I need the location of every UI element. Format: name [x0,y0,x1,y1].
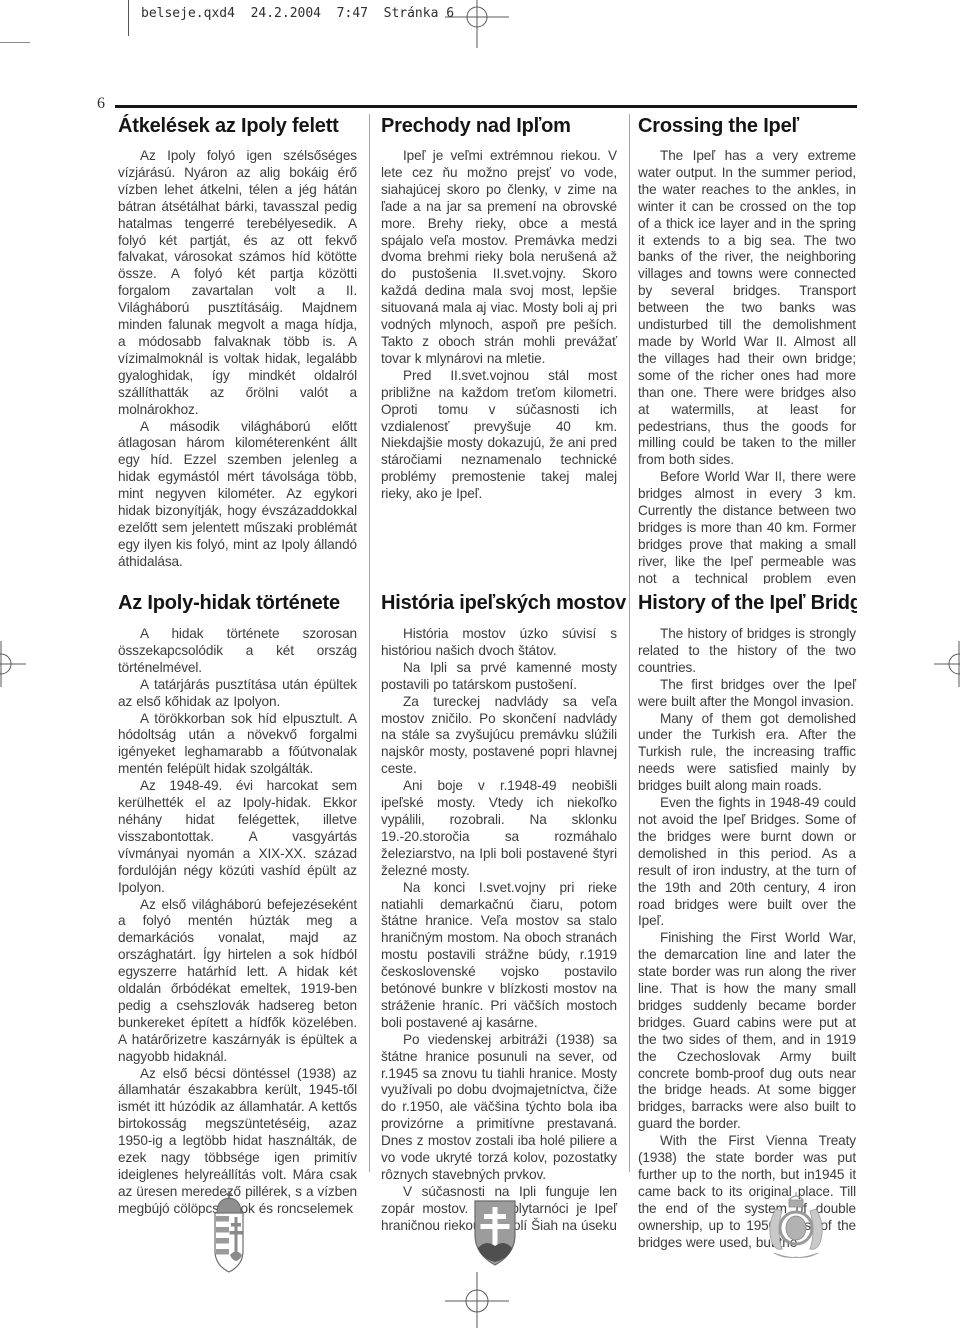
section1-heading-hungarian: Átkelések az Ipoly felett [115,112,369,148]
registration-mark-bottom-icon [445,1272,509,1328]
content-grid: Átkelések az Ipoly felett Prechody nad I… [115,112,857,1252]
section2-heading-hungarian: Az Ipoly-hidak története [115,584,369,626]
paragraph: Po viedenskej arbitráži (1938) sa štátne… [381,1032,617,1184]
section1-heading-english: Crossing the Ipeľ [629,112,857,148]
paragraph: Na konci I.svet.vojny pri rieke natiahli… [381,880,617,1032]
paragraph: Za tureckej nadvlády sa veľa mostov znič… [381,694,617,779]
paragraph: A második világháború előtt átlagosan há… [118,419,357,571]
section1-column-english: The Ipeľ has a very extreme water output… [629,148,857,584]
paragraph: Az Ipoly folyó igen szélsőséges vízjárás… [118,148,357,419]
section1-column-slovak: Ipeľ je veľmi extrémnou riekou. V lete c… [369,148,629,584]
registration-mark-left-icon [0,641,26,687]
section1-column-hungarian: Az Ipoly folyó igen szélsőséges vízjárás… [115,148,369,584]
paragraph: The history of bridges is strongly relat… [638,626,856,677]
paragraph: Many of them got demolished under the Tu… [638,711,856,796]
paragraph: Ipeľ je veľmi extrémnou riekou. V lete c… [381,148,617,368]
paragraph: História mostov úzko súvisí s históriou … [381,626,617,660]
page-number: 6 [97,95,105,113]
trim-mark-left [0,42,30,43]
section2-heading-english: History of the Ipeľ Bridges [629,584,857,626]
paragraph: Pred II.svet.vojnou stál most približne … [381,368,617,503]
paragraph: The Ipeľ has a very extreme water output… [638,148,856,469]
document-page: belseje.qxd4 24.2.2004 7:47 Stránka 6 6 … [0,0,960,1328]
header-crop-line [128,0,129,36]
registration-mark-top-icon [445,0,509,48]
paragraph: A hidak története szorosan összekapcsoló… [118,626,357,677]
paragraph: The first bridges over the Ipeľ were bui… [638,677,856,711]
header-rule [115,105,857,108]
slovak-coat-of-arms-icon [472,1199,518,1267]
paragraph: Finishing the First World War, the demar… [638,930,856,1133]
section2-column-hungarian: A hidak története szorosan összekapcsoló… [115,626,369,1252]
paragraph: Na Ipli sa prvé kamenné mosty postavili … [381,660,617,694]
paragraph: Az első világháború befejezéseként a fol… [118,897,357,1066]
paragraph: A törökkorban sok híd elpusztult. A hódo… [118,711,357,779]
royal-coat-of-arms-icon [762,1191,830,1263]
paragraph: Ani boje v r.1948-49 neobišli ipeľské mo… [381,778,617,879]
print-job-header: belseje.qxd4 24.2.2004 7:47 Stránka 6 [141,6,454,21]
section1-heading-slovak: Prechody nad Ipľom [369,112,629,148]
section2-column-english: The history of bridges is strongly relat… [629,626,857,1252]
paragraph: Even the fights in 1948-49 could not avo… [638,795,856,930]
paragraph: Before World War II, there were bridges … [638,469,856,584]
paragraph: A tatárjárás pusztítása után épültek az … [118,677,357,711]
registration-mark-right-icon [934,641,960,687]
hungarian-coat-of-arms-icon [204,1191,254,1275]
paragraph: Az 1948-49. évi harcokat sem kerülhették… [118,778,357,896]
section2-heading-slovak: História ipeľských mostov [369,584,629,626]
section2-column-slovak: História mostov úzko súvisí s históriou … [369,626,629,1252]
